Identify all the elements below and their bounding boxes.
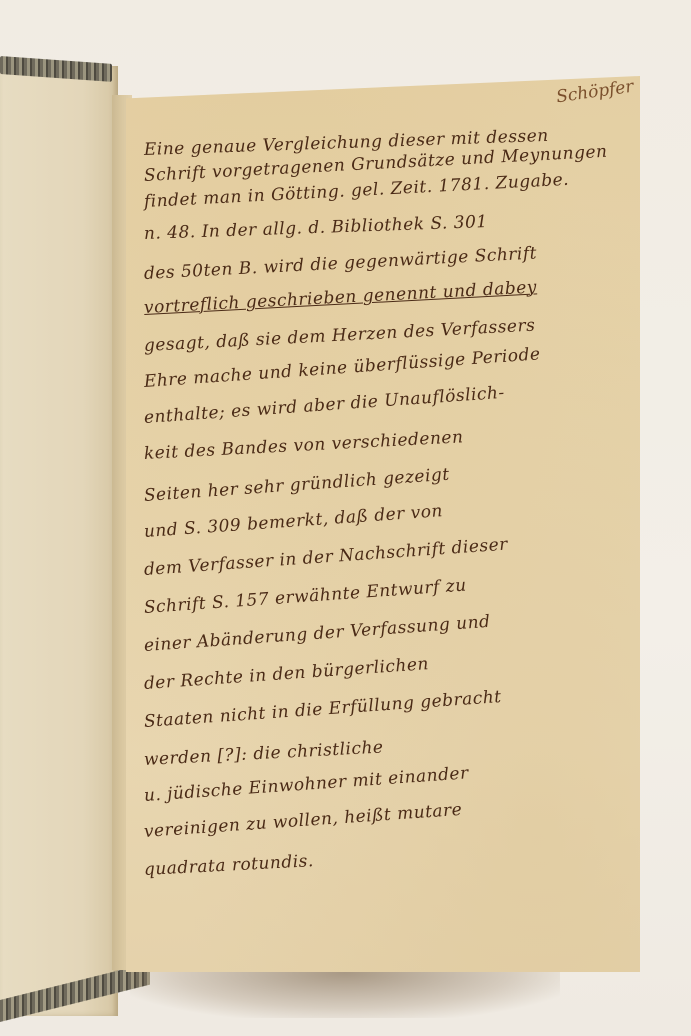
manuscript-line: dem Verfasser in der Nachschrift dieser [143,537,508,579]
manuscript-line: Seiten her sehr gründlich gezeigt [143,467,450,505]
manuscript-line: und S. 309 bemerkt, daß der von [143,503,443,541]
left-flyleaf [0,66,118,1016]
manuscript-page: Schöpfer Eine genaue Vergleichung dieser… [126,76,640,972]
manuscript-line: werden [?]: die christliche [144,739,384,769]
page-shadow [130,968,560,1018]
book-photo: Schöpfer Eine genaue Vergleichung dieser… [0,0,691,1036]
manuscript-line: enthalte; es wird aber die Unauflöslich- [143,385,505,427]
manuscript-line: keit des Bandes von verschiedenen [144,429,464,463]
manuscript-line: vereinigen zu wollen, heißt mutare [143,802,462,841]
manuscript-line: des 50ten B. wird die gegenwärtige Schri… [144,245,538,283]
manuscript-line: quadrata rotundis. [144,853,315,879]
manuscript-line: Schrift S. 157 erwähnte Entwurf zu [143,577,467,617]
manuscript-line: vortreflich geschrieben genennt und dabe… [144,279,538,317]
marginal-note: Schöpfer [555,77,635,108]
manuscript-line: einer Abänderung der Verfassung und [143,614,491,655]
manuscript-line: u. jüdische Einwohner mit einander [143,765,469,805]
manuscript-line: der Rechte in den bürgerlichen [143,656,429,693]
manuscript-line: Staaten nicht in die Erfüllung gebracht [143,689,502,731]
manuscript-line: n. 48. In der allg. d. Bibliothek S. 301 [144,214,488,243]
